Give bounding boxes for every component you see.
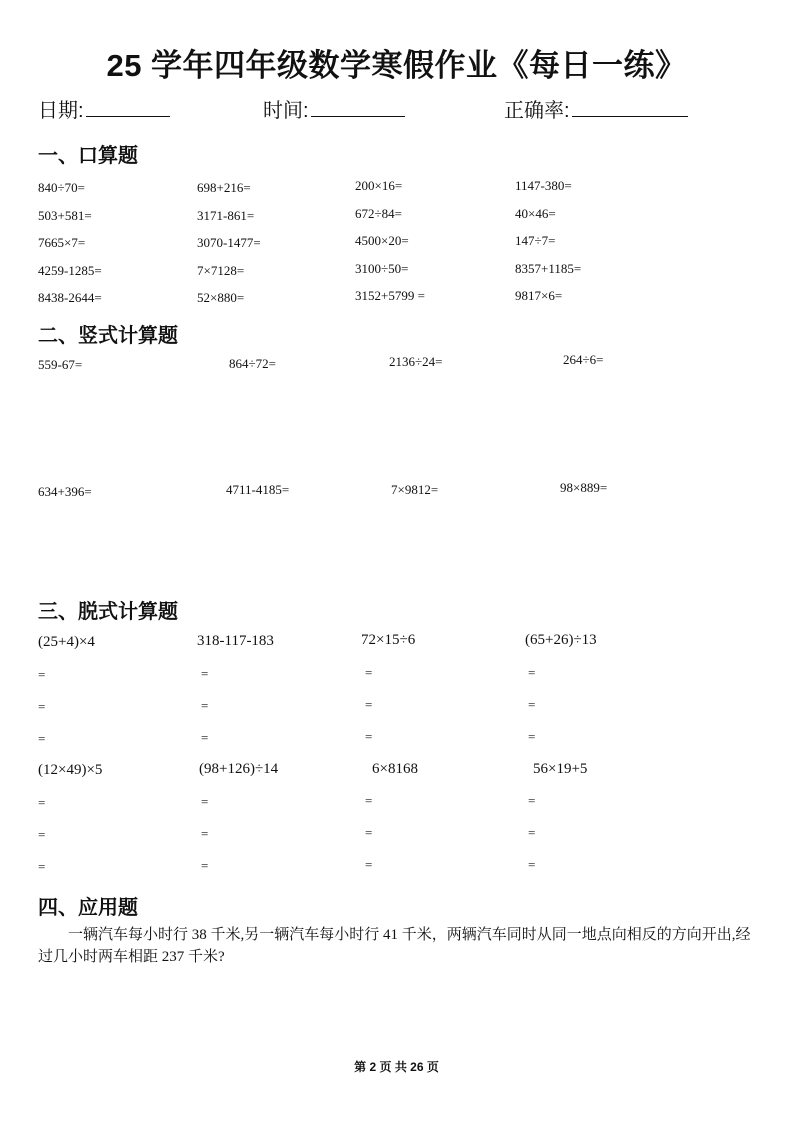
- stepwise-item: (25+4)×4: [38, 634, 95, 651]
- oral-item: 7×7128=: [197, 263, 244, 279]
- oral-item: 3100÷50=: [355, 261, 408, 277]
- stepwise-item: 318-117-183: [197, 633, 274, 650]
- equals-line: =: [365, 793, 372, 809]
- oral-item: 3070-1477=: [197, 235, 261, 251]
- equals-line: =: [38, 699, 45, 715]
- equals-line: =: [528, 697, 535, 713]
- oral-item: 3171-861=: [197, 208, 254, 224]
- section-heading-oral: 一、口算题: [38, 139, 138, 168]
- page-title: 25 学年四年级数学寒假作业《每日一练》: [0, 40, 793, 85]
- equals-line: =: [201, 698, 208, 714]
- oral-item: 40×46=: [515, 206, 556, 222]
- equals-line: =: [38, 859, 45, 875]
- equals-line: =: [528, 825, 535, 841]
- equals-line: =: [528, 793, 535, 809]
- section-heading-word-problem: 四、应用题: [38, 891, 138, 920]
- vertical-item: 264÷6=: [563, 352, 603, 368]
- oral-item: 52×880=: [197, 290, 244, 306]
- accuracy-blank[interactable]: [572, 98, 688, 117]
- equals-line: =: [38, 731, 45, 747]
- equals-line: =: [38, 795, 45, 811]
- oral-item: 8357+1185=: [515, 261, 581, 277]
- equals-line: =: [365, 825, 372, 841]
- oral-item: 4500×20=: [355, 233, 409, 249]
- vertical-item: 559-67=: [38, 357, 82, 373]
- vertical-item: 7×9812=: [391, 482, 438, 498]
- oral-item: 7665×7=: [38, 235, 85, 251]
- oral-item: 3152+5799 =: [355, 288, 425, 304]
- word-problem-text: 一辆汽车每小时行 38 千米,另一辆汽车每小时行 41 千米，两辆汽车同时从同一…: [38, 924, 753, 968]
- equals-line: =: [365, 665, 372, 681]
- vertical-item: 2136÷24=: [389, 354, 442, 370]
- section-heading-vertical: 二、竖式计算题: [38, 319, 178, 348]
- equals-line: =: [201, 730, 208, 746]
- equals-line: =: [528, 665, 535, 681]
- equals-line: =: [365, 857, 372, 873]
- date-label: 日期:: [38, 100, 84, 122]
- stepwise-item: (65+26)÷13: [525, 632, 597, 649]
- equals-line: =: [38, 667, 45, 683]
- equals-line: =: [201, 826, 208, 842]
- equals-line: =: [365, 697, 372, 713]
- equals-line: =: [201, 794, 208, 810]
- equals-line: =: [528, 857, 535, 873]
- vertical-item: 864÷72=: [229, 356, 276, 372]
- stepwise-item: 72×15÷6: [361, 632, 415, 649]
- vertical-item: 634+396=: [38, 484, 92, 500]
- oral-item: 9817×6=: [515, 288, 562, 304]
- oral-item: 503+581=: [38, 208, 92, 224]
- vertical-item: 4711-4185=: [226, 482, 289, 498]
- stepwise-item: 6×8168: [372, 761, 418, 778]
- oral-item: 698+216=: [197, 180, 251, 196]
- equals-line: =: [201, 858, 208, 874]
- oral-item: 1147-380=: [515, 178, 572, 194]
- oral-item: 147÷7=: [515, 233, 555, 249]
- stepwise-item: (98+126)÷14: [199, 761, 278, 778]
- accuracy-field: 正确率:: [504, 94, 688, 123]
- section-heading-stepwise: 三、脱式计算题: [38, 595, 178, 624]
- time-label: 时间:: [263, 100, 309, 122]
- oral-item: 8438-2644=: [38, 290, 102, 306]
- time-field: 时间:: [263, 94, 405, 123]
- oral-item: 200×16=: [355, 178, 402, 194]
- oral-item: 4259-1285=: [38, 263, 102, 279]
- vertical-item: 98×889=: [560, 480, 607, 496]
- oral-item: 672÷84=: [355, 206, 402, 222]
- date-field: 日期:: [38, 94, 170, 123]
- oral-item: 840÷70=: [38, 180, 85, 196]
- page-number: 第 2 页 共 26 页: [0, 1058, 793, 1075]
- stepwise-item: (12×49)×5: [38, 762, 102, 779]
- equals-line: =: [38, 827, 45, 843]
- equals-line: =: [365, 729, 372, 745]
- accuracy-label: 正确率:: [504, 100, 570, 122]
- stepwise-item: 56×19+5: [533, 761, 587, 778]
- equals-line: =: [201, 666, 208, 682]
- time-blank[interactable]: [311, 98, 405, 117]
- date-blank[interactable]: [86, 98, 170, 117]
- equals-line: =: [528, 729, 535, 745]
